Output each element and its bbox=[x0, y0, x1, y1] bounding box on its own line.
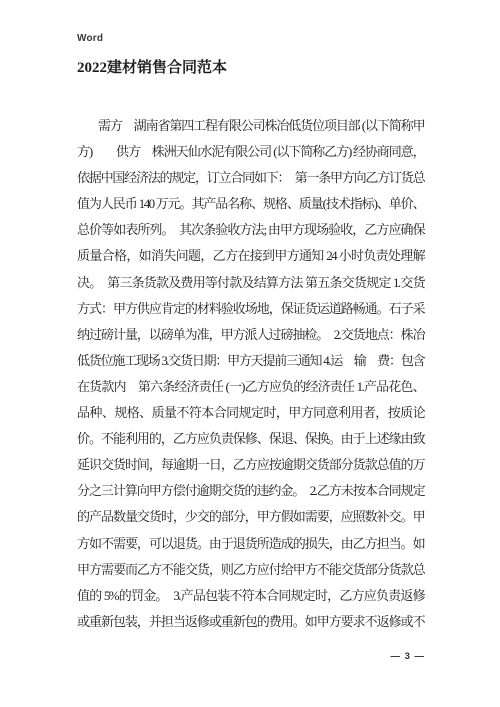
body-line: 甲方需要而乙方不能交货，则乙方应付给甲方不能交货部分货款总 bbox=[77, 557, 424, 583]
body-line: 品种、规格、质量不符本合同规定时，甲方同意利用者，按质论 bbox=[77, 400, 424, 426]
document-title: 2022建材销售合同范本 bbox=[77, 58, 227, 78]
body-line: 依据中国经济法的规定，订立合同如下： 第一条甲方向乙方订货总 bbox=[77, 165, 424, 191]
body-line: 的产品数量交货时，少交的部分，甲方假如需要，应照数补交。甲 bbox=[77, 504, 424, 530]
body-line: 需方 湖南省第四工程有限公司株冶低货位项目部 (以下简称甲 bbox=[77, 113, 424, 139]
body-line: 方) 供方 株洲天仙水泥有限公司 (以下简称乙方) 经协商同意， bbox=[77, 139, 424, 165]
body-line: 方如不需要，可以退货。由于退货所造成的损失，由乙方担当。如 bbox=[77, 531, 424, 557]
body-line: 延识交货时间，每逾期一日，乙方应按逾期交货部分货款总值的万 bbox=[77, 452, 424, 478]
body-line: 值为人民币 140 万元。其产品名称、规格、质量(技术指标)、单价、 bbox=[77, 191, 424, 217]
body-line: 纳过磅计量，以磅单为准，甲方派人过磅抽检。 2.交货地点：株冶 bbox=[77, 322, 424, 348]
body-line: 在货款内 第六条经济责任 (一)乙方应负的经济责任 1.产品花色、 bbox=[77, 374, 424, 400]
body-line: 方式：甲方供应肯定的材料验收场地，保证货运道路畅通。石子采 bbox=[77, 296, 424, 322]
body-line: 或重新包装，并担当返修或重新包的费用。如甲方要求不返修或不 bbox=[77, 609, 424, 635]
document-body-text: 需方 湖南省第四工程有限公司株冶低货位项目部 (以下简称甲 方) 供方 株洲天仙… bbox=[77, 113, 424, 635]
word-app-label: Word bbox=[77, 33, 103, 44]
body-line: 价。不能利用的，乙方应负责保修、保退、保换。由于上述缘由致 bbox=[77, 426, 424, 452]
body-line: 决。 第三条货款及费用等付款及结算方法 第五条交货规定 1.交货 bbox=[77, 270, 424, 296]
page-number: — 3 — bbox=[77, 651, 425, 662]
body-line: 质量合格，如消失问题，乙方在接到甲方通知 24 小时负责处理解 bbox=[77, 243, 424, 269]
body-line: 值的 5%的罚金。 3.产品包装不符本合同规定时，乙方应负责返修 bbox=[77, 583, 424, 609]
body-line: 总价等如表所列。 其次条验收方法; 由甲方现场验收，乙方应确保 bbox=[77, 217, 424, 243]
body-line: 低货位施工现场 3.交货日期：甲方天提前三通知 4.运 输 费：包含 bbox=[77, 348, 424, 374]
document-page: Word 2022建材销售合同范本 需方 湖南省第四工程有限公司株冶低货位项目部… bbox=[0, 0, 500, 707]
body-line: 分之三计算向甲方偿付逾期交货的违约金。 2.乙方未按本合同规定 bbox=[77, 478, 424, 504]
